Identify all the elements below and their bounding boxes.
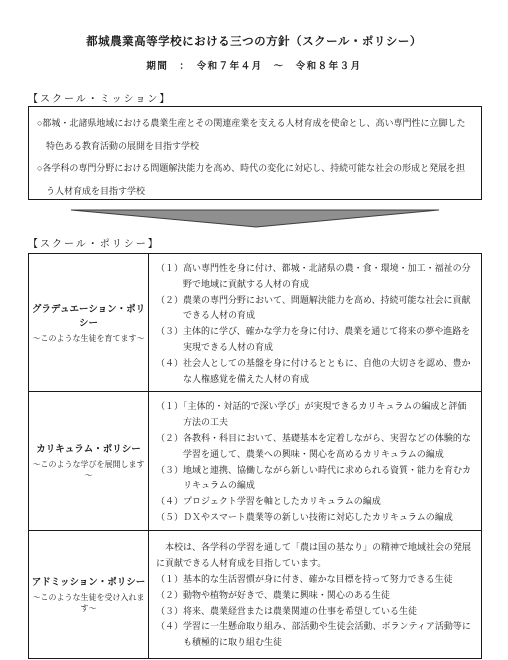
mission-item: ○各学科の専門分野における問題解決能力を高め、時代の変化に対応し、持続可能な社会… [37, 157, 473, 202]
policy-intro: 本校は、各学科の学習を通して「農は国の基なり」の精神で地域社会の発展に貢献できる… [156, 540, 475, 572]
table-row-graduation-policy: グラデュエーション・ポリシー ～このような生徒を育てます～ （１）高い専門性を身… [29, 254, 482, 392]
graduation-policy-header-cell: グラデュエーション・ポリシー ～このような生徒を育てます～ [29, 254, 149, 392]
table-row-curriculum-policy: カリキュラム・ポリシー ～このような学びを展開します～ （１）「主体的・対話的で… [29, 392, 482, 530]
policy-item: （１）基本的な生活習慣が身に付き、確かな目標を持って努力できる生徒 [156, 572, 475, 588]
curriculum-policy-header-cell: カリキュラム・ポリシー ～このような学びを展開します～ [29, 392, 149, 530]
down-arrow-icon [70, 209, 440, 229]
admission-policy-header-cell: アドミッション・ポリシー ～このような生徒を受け入れます～ [29, 530, 149, 658]
policy-item: （４）学習に一生懸命取り組み、部活動や生徒会活動、ボランティア活動等にも積極的に… [156, 619, 475, 651]
policy-item: （４）プロジェクト学習を軸としたカリキュラムの編成 [156, 494, 475, 510]
policy-subtitle: ～このような生徒を育てます～ [31, 333, 146, 344]
mission-section-heading: 【スクール・ミッション】 [28, 90, 171, 105]
document-page: 都城農業高等学校における三つの方針（スクール・ポリシー） 期間 ： 令和７年４月… [0, 0, 508, 660]
policy-item: （５）ＤＸやスマート農業等の新しい技術に対応したカリキュラムの編成 [156, 510, 475, 526]
policy-subtitle: ～このような生徒を受け入れます～ [31, 592, 146, 614]
policy-name: カリキュラム・ポリシー [31, 441, 146, 455]
policy-item: （４）社会人としての基盤を身に付けるとともに、自他の大切さを認め、豊かな人権感覚… [156, 356, 475, 388]
policy-name: グラデュエーション・ポリシー [31, 301, 146, 329]
page-title: 都城農業高等学校における三つの方針（スクール・ポリシー） [0, 33, 508, 49]
graduation-policy-items-cell: （１）高い専門性を身に付け、都城・北諸県の農・食・環境・加工・福祉の分野で地域に… [149, 254, 482, 392]
policy-subtitle: ～このような学びを展開します～ [31, 459, 146, 481]
period-line: 期間 ： 令和７年４月 ～ 令和８年３月 [0, 58, 508, 72]
mission-item: ○都城・北諸県地域における農業生産とその関連産業を支える人材育成を使命とし、高い… [37, 112, 473, 157]
policy-item: （３）主体的に学び、確かな学力を身に付け、農業を通じて将来の夢や進路を実現できる… [156, 324, 475, 356]
policy-item: （２）農業の専門分野において、問題解決能力を高め、持続可能な社会に貢献できる人材… [156, 293, 475, 325]
curriculum-policy-items-cell: （１）「主体的・対話的で深い学び」が実現できるカリキュラムの編成と評価方法の工夫… [149, 392, 482, 530]
policy-item: （１）高い専門性を身に付け、都城・北諸県の農・食・環境・加工・福祉の分野で地域に… [156, 261, 475, 293]
admission-policy-items-cell: 本校は、各学科の学習を通して「農は国の基なり」の精神で地域社会の発展に貢献できる… [149, 530, 482, 658]
table-row-admission-policy: アドミッション・ポリシー ～このような生徒を受け入れます～ 本校は、各学科の学習… [29, 530, 482, 658]
policy-item: （３）地域と連携、協働しながら新しい時代に求められる資質・能力を育むカリキュラム… [156, 463, 475, 495]
policy-section-heading: 【スクール・ポリシー】 [28, 235, 160, 250]
policy-item: （３）将来、農業経営または農業関連の仕事を希望している生徒 [156, 604, 475, 620]
policy-table: グラデュエーション・ポリシー ～このような生徒を育てます～ （１）高い専門性を身… [28, 253, 482, 659]
policy-item: （１）「主体的・対話的で深い学び」が実現できるカリキュラムの編成と評価方法の工夫 [156, 399, 475, 431]
policy-name: アドミッション・ポリシー [31, 574, 146, 588]
policy-item: （２）各教科・科目において、基礎基本を定着しながら、実習などの体験的な学習を通し… [156, 431, 475, 463]
mission-box: ○都城・北諸県地域における農業生産とその関連産業を支える人材育成を使命とし、高い… [28, 106, 482, 200]
policy-item: （２）動物や植物が好きで、農業に興味・関心のある生徒 [156, 588, 475, 604]
